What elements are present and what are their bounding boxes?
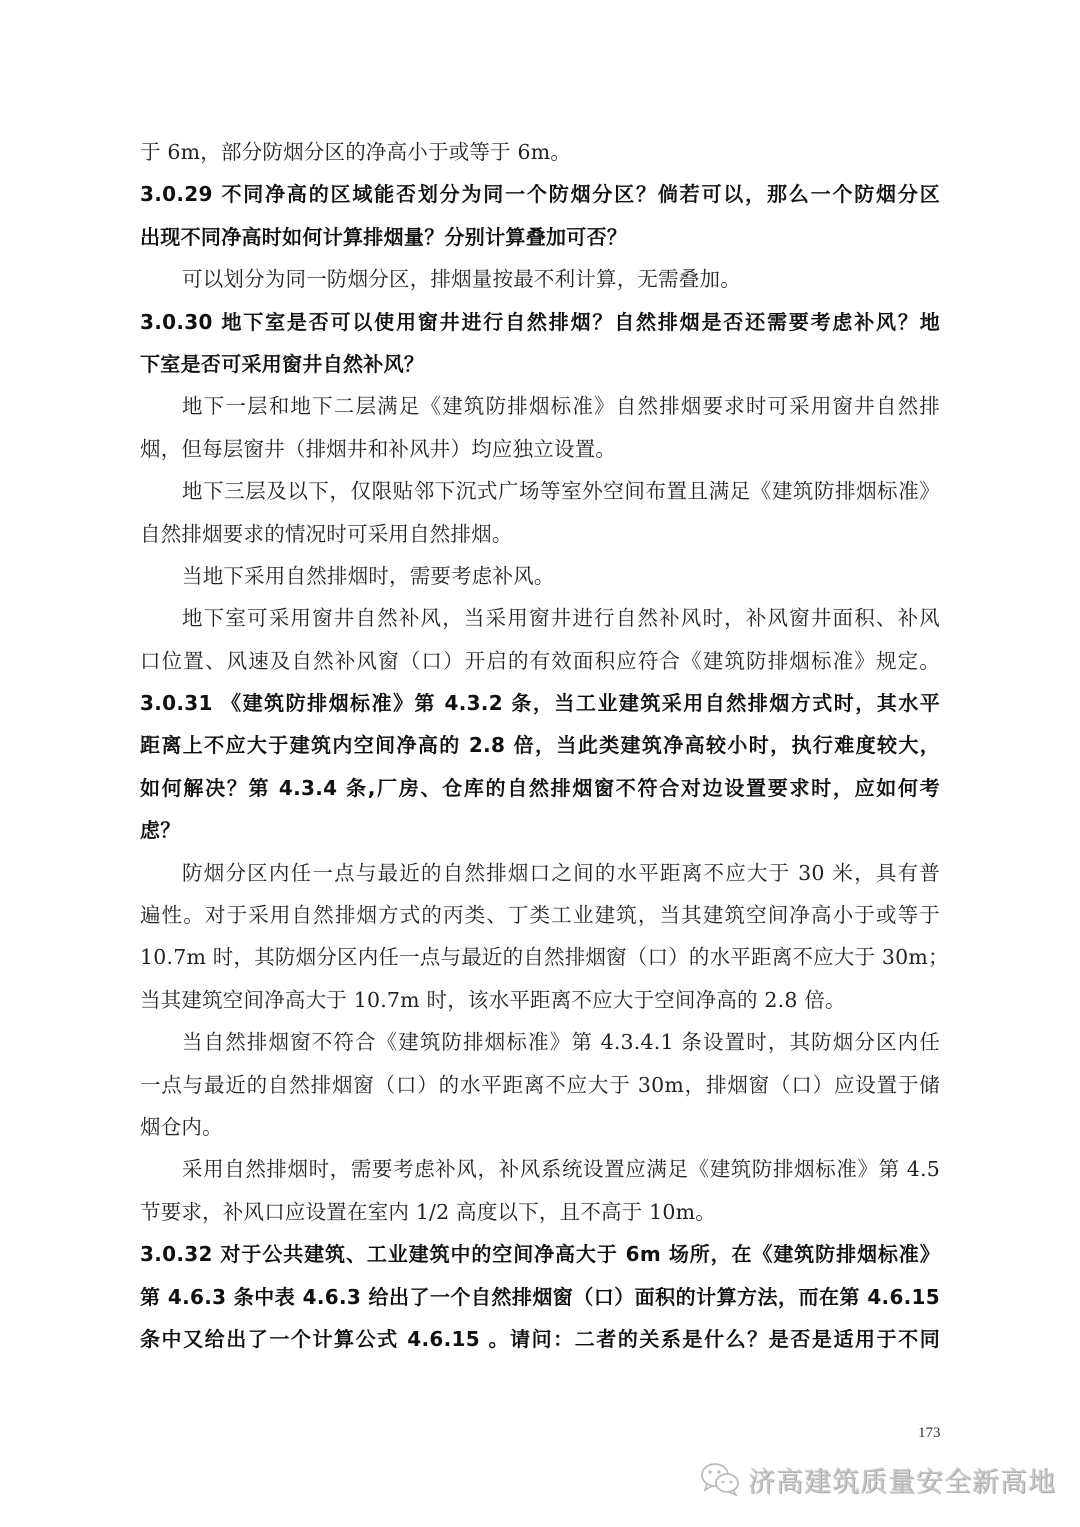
question-line: 3.0.32 对于公共建筑、工业建筑中的空间净高大于 6m 场所，在《建筑防排烟… <box>140 1233 940 1275</box>
answer-line: 可以划分为同一防烟分区，排烟量按最不利计算，无需叠加。 <box>140 258 940 300</box>
question-line: 距离上不应大于建筑内空间净高的 2.8 倍，当此类建筑净高较小时，执行难度较大， <box>140 724 940 766</box>
question-line: 条中又给出了一个计算公式 4.6.15 。请问：二者的关系是什么？是否是适用于不… <box>140 1318 940 1360</box>
question-line: 3.0.31 《建筑防排烟标准》第 4.3.2 条，当工业建筑采用自然排烟方式时… <box>140 682 940 724</box>
question-line: 出现不同净高时如何计算排烟量？分别计算叠加可否？ <box>140 216 940 258</box>
document-page: 于 6m，部分防烟分区的净高小于或等于 6m。3.0.29 不同净高的区域能否划… <box>140 131 940 1360</box>
question-line: 3.0.30 地下室是否可以使用窗井进行自然排烟？自然排烟是否还需要考虑补风？地 <box>140 301 940 343</box>
answer-line: 防烟分区内任一点与最近的自然排烟口之间的水平距离不应大于 30 米，具有普 <box>140 852 940 894</box>
wechat-icon <box>700 1462 742 1496</box>
answer-line: 当自然排烟窗不符合《建筑防排烟标准》第 4.3.4.1 条设置时，其防烟分区内任 <box>140 1021 940 1063</box>
page-number: 173 <box>918 1425 941 1442</box>
answer-line: 当其建筑空间净高大于 10.7m 时，该水平距离不应大于空间净高的 2.8 倍。 <box>140 979 940 1021</box>
watermark-text: 济高建筑质量安全新高地 <box>748 1460 1056 1499</box>
question-line: 如何解决？第 4.3.4 条,厂房、仓库的自然排烟窗不符合对边设置要求时，应如何… <box>140 767 940 809</box>
answer-line: 采用自然排烟时，需要考虑补风，补风系统设置应满足《建筑防排烟标准》第 4.5 <box>140 1148 940 1190</box>
answer-line: 节要求，补风口应设置在室内 1/2 高度以下，且不高于 10m。 <box>140 1191 940 1233</box>
question-line: 虑？ <box>140 809 940 851</box>
question-line: 3.0.29 不同净高的区域能否划分为同一个防烟分区？倘若可以，那么一个防烟分区 <box>140 173 940 215</box>
answer-line: 于 6m，部分防烟分区的净高小于或等于 6m。 <box>140 131 940 173</box>
watermark: 济高建筑质量安全新高地 <box>700 1459 1056 1499</box>
answer-line: 地下三层及以下，仅限贴邻下沉式广场等室外空间布置且满足《建筑防排烟标准》 <box>140 470 940 512</box>
answer-line: 自然排烟要求的情况时可采用自然排烟。 <box>140 513 940 555</box>
answer-line: 口位置、风速及自然补风窗（口）开启的有效面积应符合《建筑防排烟标准》规定。 <box>140 640 940 682</box>
answer-line: 地下室可采用窗井自然补风，当采用窗井进行自然补风时，补风窗井面积、补风 <box>140 597 940 639</box>
answer-line: 当地下采用自然排烟时，需要考虑补风。 <box>140 555 940 597</box>
answer-line: 烟，但每层窗井（排烟井和补风井）均应独立设置。 <box>140 428 940 470</box>
answer-line: 一点与最近的自然排烟窗（口）的水平距离不应大于 30m，排烟窗（口）应设置于储 <box>140 1064 940 1106</box>
question-line: 第 4.6.3 条中表 4.6.3 给出了一个自然排烟窗（口）面积的计算方法，而… <box>140 1276 940 1318</box>
answer-line: 10.7m 时，其防烟分区内任一点与最近的自然排烟窗（口）的水平距离不应大于 3… <box>140 936 940 978</box>
answer-line: 烟仓内。 <box>140 1106 940 1148</box>
question-line: 下室是否可采用窗井自然补风？ <box>140 343 940 385</box>
answer-line: 遍性。对于采用自然排烟方式的丙类、丁类工业建筑，当其建筑空间净高小于或等于 <box>140 894 940 936</box>
answer-line: 地下一层和地下二层满足《建筑防排烟标准》自然排烟要求时可采用窗井自然排 <box>140 385 940 427</box>
